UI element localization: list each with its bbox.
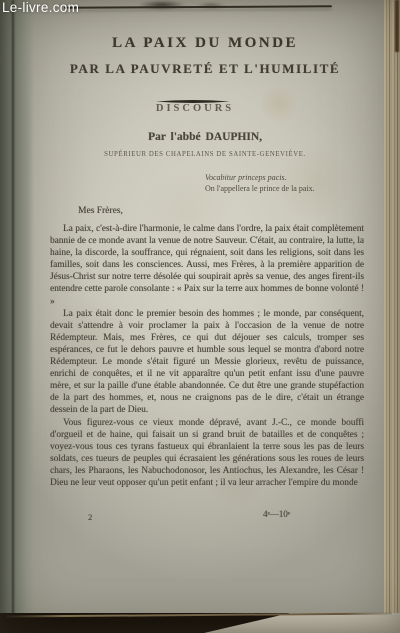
- sermon-body: La paix, c'est-à-dire l'harmonie, le cal…: [50, 223, 364, 489]
- book-gutter: [0, 0, 34, 616]
- gutter-crease: [11, 0, 15, 616]
- paragraph-3: Vous figurez-vous ce vieux monde dépravé…: [50, 417, 364, 490]
- binding-edge-shadow: [395, 0, 399, 52]
- page-title-line2: PAR LA PAUVRETÉ ET L'HUMILITÉ: [30, 61, 380, 77]
- paragraph-2: La paix était donc le premier besoin des…: [50, 308, 364, 417]
- salutation: Mes Frères,: [78, 206, 123, 216]
- epigraph: Vocabitur princeps pacis. On l'appellera…: [205, 172, 340, 194]
- epigraph-french: On l'appellera le prince de la paix.: [205, 183, 340, 194]
- page-title-line1: LA PAIX DU MONDE: [30, 35, 380, 52]
- section-label: DISCOURS: [30, 103, 360, 114]
- swelled-rule-divider: [156, 91, 230, 96]
- signature-number: 2: [88, 512, 92, 522]
- edition-mark: 4ᵉ—10ᵉ: [263, 509, 290, 519]
- author-subtitle: SUPÉRIEUR DES CHAPELAINS DE SAINTE-GENEV…: [30, 151, 380, 158]
- top-smudge-small: [196, 2, 226, 9]
- watermark: Le-livre.com: [2, 0, 79, 15]
- author-byline: Par l'abbé DAUPHIN,: [30, 131, 380, 143]
- paragraph-1: La paix, c'est-à-dire l'harmonie, le cal…: [50, 223, 364, 308]
- book-photo: LA PAIX DU MONDE PAR LA PAUVRETÉ ET L'HU…: [0, 0, 400, 633]
- epigraph-latin: Vocabitur princeps pacis.: [205, 172, 340, 183]
- top-smudge: [138, 0, 186, 10]
- page-edges: [384, 0, 400, 616]
